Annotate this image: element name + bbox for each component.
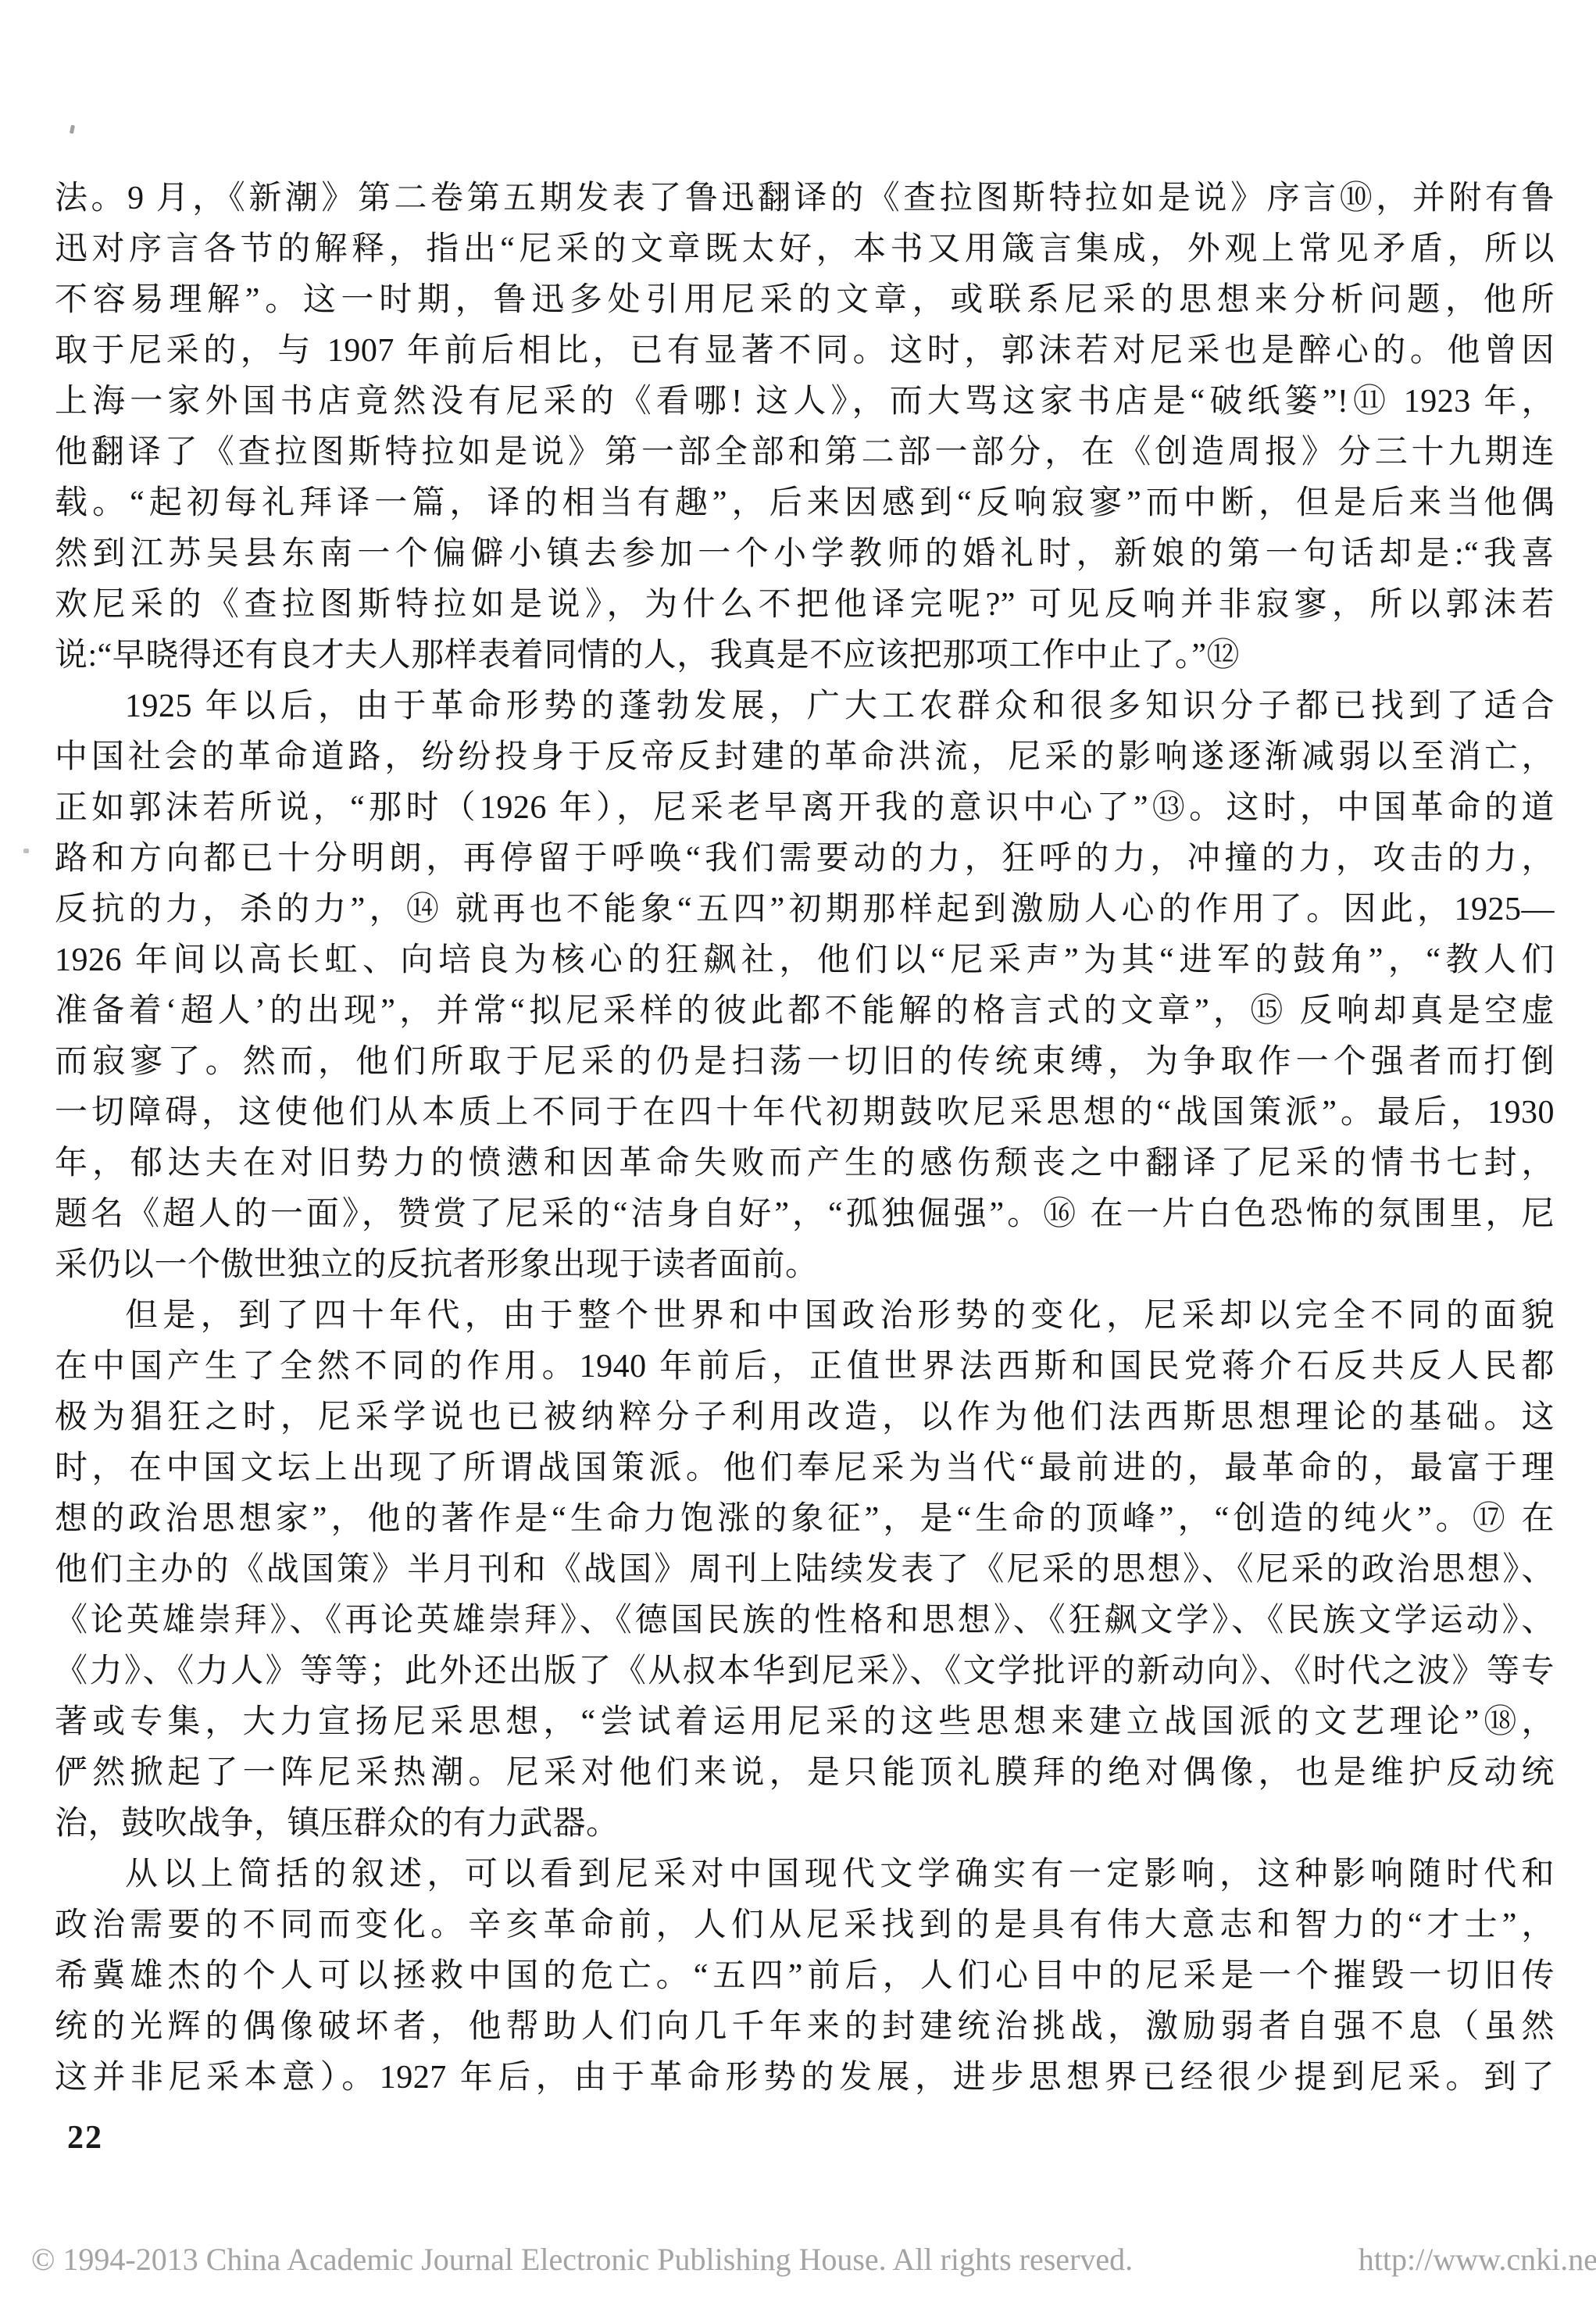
text-line: 然到江苏吴县东南一个偏僻小镇去参加一个小学教师的婚礼时，新娘的第一句话却是:“我… xyxy=(55,529,1555,580)
text-line: 1926 年间以高长虹、向培良为核心的狂飙社，他们以“尼采声”为其“进军的鼓角”… xyxy=(55,935,1555,986)
text-line: 他们主办的《战国策》半月刊和《战国》周刊上陆续发表了《尼采的思想》、《尼采的政治… xyxy=(55,1545,1555,1596)
text-line: 想的政治思想家”，他的著作是“生命力饱涨的象征”，是“生命的顶峰”，“创造的纯火… xyxy=(55,1494,1555,1545)
text-line: 而寂寥了。然而，他们所取于尼采的仍是扫荡一切旧的传统束缚，为争取作一个强者而打倒 xyxy=(55,1037,1555,1088)
text-line: 载。“起初每礼拜译一篇，译的相当有趣”，后来因感到“反响寂寥”而中断，但是后来当… xyxy=(55,478,1555,529)
text-line: 题名《超人的一面》，赞赏了尼采的“洁身自好”，“孤独倔强”。⑯ 在一片白色恐怖的… xyxy=(55,1189,1555,1240)
article-body: 法。9 月，《新潮》第二卷第五期发表了鲁迅翻译的《查拉图斯特拉如是说》序言⑩，并… xyxy=(55,173,1555,2103)
text-line: 政治需要的不同而变化。辛亥革命前，人们从尼采找到的是具有伟大意志和智力的“才士”… xyxy=(55,1900,1555,1951)
text-line: 反抗的力，杀的力”，⑭ 就再也不能象“五四”初期那样起到激励人心的作用了。因此，… xyxy=(55,885,1555,935)
text-line: 一切障碍，这使他们从本质上不同于在四十年代初期鼓吹尼采思想的“战国策派”。最后，… xyxy=(55,1088,1555,1138)
scan-speck xyxy=(23,849,29,853)
text-line: 极为猖狂之时，尼采学说也已被纳粹分子利用改造，以作为他们法西斯思想理论的基础。这 xyxy=(55,1392,1555,1443)
copyright-text: © 1994-2013 China Academic Journal Elect… xyxy=(31,2241,1133,2278)
text-line: 准备着‘超人’的出现”，并常“拟尼采样的彼此都不能解的格言式的文章”，⑮ 反响却… xyxy=(55,986,1555,1037)
text-line: 中国社会的革命道路，纷纷投身于反帝反封建的革命洪流，尼采的影响遂逐渐减弱以至消亡… xyxy=(55,732,1555,783)
text-line: 在中国产生了全然不同的作用。1940 年前后，正值世界法西斯和国民党蒋介石反共反… xyxy=(55,1342,1555,1392)
text-line: 年，郁达夫在对旧势力的愤懑和因革命失败而产生的感伤颓丧之中翻译了尼采的情书七封， xyxy=(55,1138,1555,1189)
text-line: 他翻译了《查拉图斯特拉如是说》第一部全部和第二部一部分，在《创造周报》分三十九期… xyxy=(55,427,1555,478)
text-line: 俨然掀起了一阵尼采热潮。尼采对他们来说，是只能顶礼膜拜的绝对偶像，也是维护反动统 xyxy=(55,1748,1555,1799)
text-line: 说:“早晓得还有良才夫人那样表着同情的人，我真是不应该把那项工作中止了。”⑫ xyxy=(55,631,1555,681)
text-line: 迅对序言各节的解释，指出“尼采的文章既太好，本书又用箴言集成，外观上常见矛盾，所… xyxy=(55,224,1555,275)
text-line: 欢尼采的《查拉图斯特拉如是说》，为什么不把他译完呢?” 可见反响并非寂寥，所以郭… xyxy=(55,580,1555,631)
page-number: 22 xyxy=(67,2119,103,2157)
text-line: 但是，到了四十年代，由于整个世界和中国政治形势的变化，尼采却以完全不同的面貌 xyxy=(55,1291,1555,1342)
text-line: 上海一家外国书店竟然没有尼采的《看哪! 这人》，而大骂这家书店是“破纸篓”!⑪ … xyxy=(55,377,1555,427)
footer: © 1994-2013 China Academic Journal Elect… xyxy=(31,2241,1596,2283)
footer-url: http://www.cnki.ne xyxy=(1359,2241,1596,2278)
text-line: 治，鼓吹战争，镇压群众的有力武器。 xyxy=(55,1799,1555,1849)
text-line: 《力》、《力人》等等；此外还出版了《从叔本华到尼采》、《文学批评的新动向》、《时… xyxy=(55,1646,1555,1697)
text-line: 这并非尼采本意）。1927 年后，由于革命形势的发展，进步思想界已经很少提到尼采… xyxy=(55,2053,1555,2103)
scanned-page: 法。9 月，《新潮》第二卷第五期发表了鲁迅翻译的《查拉图斯特拉如是说》序言⑩，并… xyxy=(0,0,1596,2323)
text-line: 正如郭沫若所说，“那时（1926 年），尼采老早离开我的意识中心了”⑬。这时，中… xyxy=(55,783,1555,834)
text-line: 路和方向都已十分明朗，再停留于呼唤“我们需要动的力，狂呼的力，冲撞的力，攻击的力… xyxy=(55,834,1555,885)
text-line: 法。9 月，《新潮》第二卷第五期发表了鲁迅翻译的《查拉图斯特拉如是说》序言⑩，并… xyxy=(55,173,1555,224)
text-line: 著或专集，大力宣扬尼采思想，“尝试着运用尼采的这些思想来建立战国派的文艺理论”⑱… xyxy=(55,1697,1555,1748)
text-line: 不容易理解”。这一时期，鲁迅多处引用尼采的文章，或联系尼采的思想来分析问题，他所 xyxy=(55,275,1555,326)
text-line: 1925 年以后，由于革命形势的蓬勃发展，广大工农群众和很多知识分子都已找到了适… xyxy=(55,681,1555,732)
text-line: 采仍以一个傲世独立的反抗者形象出现于读者面前。 xyxy=(55,1240,1555,1291)
text-line: 取于尼采的，与 1907 年前后相比，已有显著不同。这时，郭沫若对尼采也是醉心的… xyxy=(55,326,1555,377)
text-line: 时，在中国文坛上出现了所谓战国策派。他们奉尼采为当代“最前进的，最革命的，最富于… xyxy=(55,1443,1555,1494)
text-line: 统的光辉的偶像破坏者，他帮助人们向几千年来的封建统治挑战，激励弱者自强不息（虽然 xyxy=(55,2002,1555,2053)
text-line: 从以上简括的叙述，可以看到尼采对中国现代文学确实有一定影响，这种影响随时代和 xyxy=(55,1849,1555,1900)
text-line: 希冀雄杰的个人可以拯救中国的危亡。“五四”前后，人们心目中的尼采是一个摧毁一切旧… xyxy=(55,1951,1555,2002)
text-line: 《论英雄崇拜》、《再论英雄崇拜》、《德国民族的性格和思想》、《狂飙文学》、《民族… xyxy=(55,1596,1555,1646)
scan-speck xyxy=(70,125,75,134)
